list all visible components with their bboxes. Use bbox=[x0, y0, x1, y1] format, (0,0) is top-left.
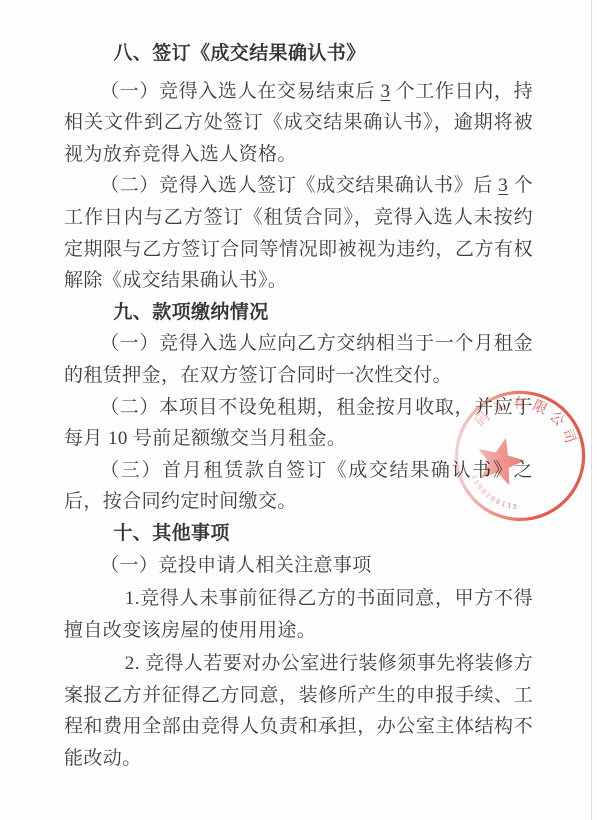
list-item: 1.竞得人未事前征得乙方的书面同意，甲方不得擅自改变该房屋的使用用途。 bbox=[64, 583, 533, 646]
scan-page-edge bbox=[591, 0, 592, 820]
star-icon bbox=[477, 437, 525, 486]
company-seal-stamp: 码头有限公司 4198200115 bbox=[445, 380, 597, 535]
paragraph: （二）竞得入选人签订《成交结果确认书》后 3 个工作日内与乙方签订《租赁合同》，… bbox=[64, 170, 533, 296]
list-item: 2. 竞得人若要对办公室进行装修须事先将装修方案报乙方并征得乙方同意，装修所产生… bbox=[64, 648, 533, 774]
paragraph: （一）竞投申请人相关注意事项 bbox=[64, 550, 533, 582]
scanned-document-page: 八、签订《成交结果确认书》（一）竞得入选人在交易结束后 3 个工作日内，持相关文… bbox=[0, 0, 597, 820]
paragraph: （一）竞得入选人在交易结束后 3 个工作日内，持相关文件到乙方处签订《成交结果确… bbox=[64, 76, 533, 171]
section-heading: 八、签订《成交结果确认书》 bbox=[64, 38, 533, 70]
seal-serial-number: 4198200115 bbox=[468, 473, 520, 511]
section-heading: 九、款项缴纳情况 bbox=[64, 297, 533, 329]
